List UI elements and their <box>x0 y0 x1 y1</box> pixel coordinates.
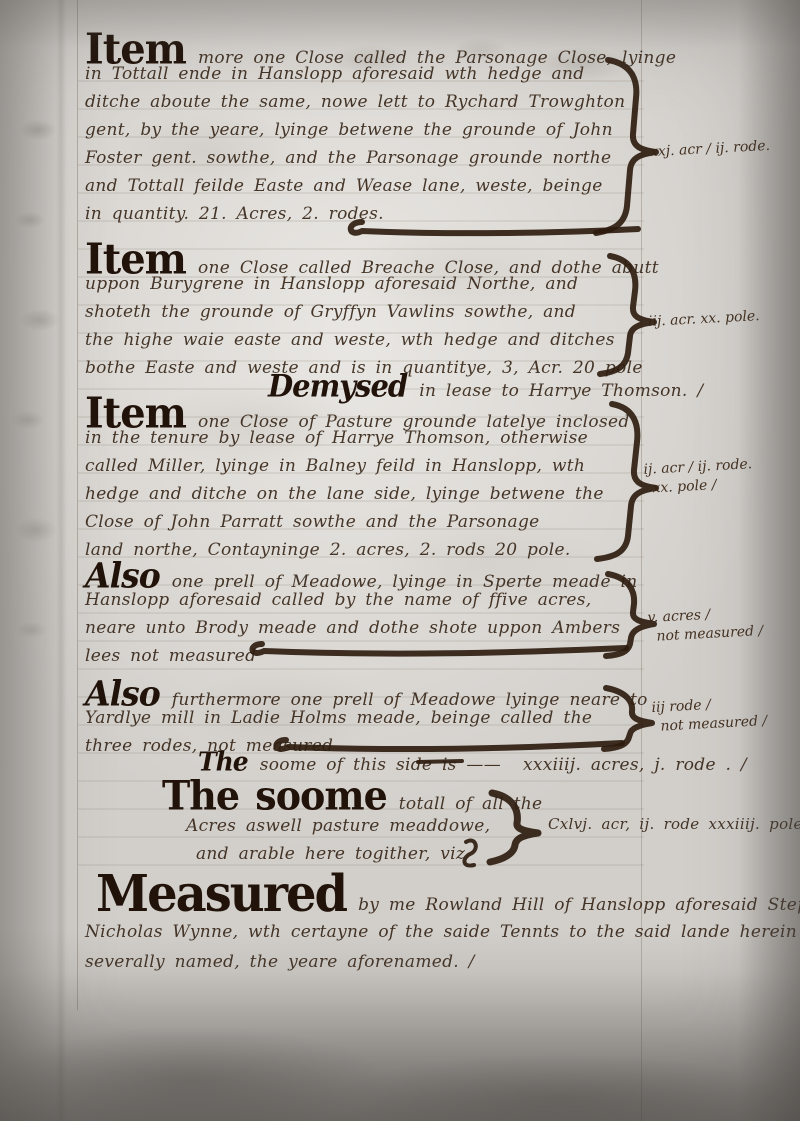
total-sum-line-2: Acres aswell pasture meaddowe, <box>186 816 490 844</box>
entry-text: one prell of Meadowe, lyinge in Sperte m… <box>172 572 638 592</box>
text-line: hedge and ditche on the lane side, lying… <box>85 484 630 512</box>
text-line: lees not measured <box>85 646 638 674</box>
text-line: Close of John Parratt sowthe and the Par… <box>85 512 630 540</box>
lease-note-text: in lease to Harrye Thomson. / <box>419 381 703 401</box>
lease-note: Demysedin lease to Harrye Thomson. / <box>268 372 703 400</box>
attestation-line-1: Measuredby me Rowland Hill of Hanslopp a… <box>96 880 800 908</box>
left-margin-rule <box>77 0 78 1010</box>
text-line: gent, by the yeare, lyinge betwene the g… <box>85 120 676 148</box>
entry-pasture-close: Itemone Close of Pasture grounde latelye… <box>85 400 630 568</box>
attestation-line-2: Nicholas Wynne, wth certayne of the said… <box>85 922 797 950</box>
side-sum-value: xxxiiij. acres, j. rode . / <box>523 755 747 775</box>
text-line: Itemmore one Close called the Parsonage … <box>85 36 676 64</box>
text-line: Itemone Close called Breache Close, and … <box>85 246 659 274</box>
total-sum-heading: The soometotall of all the <box>162 782 542 810</box>
text-line: neare unto Brody meade and dothe shote u… <box>85 618 638 646</box>
text-line: and Tottall feilde Easte and Wease lane,… <box>85 176 676 204</box>
attestation-opening: Measured <box>96 879 346 908</box>
entry-sperte-meade: Alsoone prell of Meadowe, lyinge in Sper… <box>85 562 638 674</box>
manuscript-page: Itemmore one Close called the Parsonage … <box>0 0 800 1121</box>
page-crease <box>56 0 66 1121</box>
left-margin-smudges <box>0 70 84 690</box>
margin-measurement-4: v. acres / not measured / <box>647 603 764 647</box>
text-line: the highe waie easte and weste, wth hedg… <box>85 330 659 358</box>
entry-parsonage-close: Itemmore one Close called the Parsonage … <box>85 36 676 232</box>
lease-note-opening: Demysed <box>268 371 407 400</box>
entry-opening-word: Also <box>85 679 160 708</box>
text-line: Itemone Close of Pasture grounde latelye… <box>85 400 630 428</box>
margin-measurement-2: iij. acr. xx. pole. <box>648 307 761 332</box>
total-sum-value: Cxlvj. acr, ij. rode xxxiiij. pole / <box>548 815 800 843</box>
text-line: Alsoone prell of Meadowe, lyinge in Sper… <box>85 562 638 590</box>
text-line: called Miller, lyinge in Balney feild in… <box>85 456 630 484</box>
text-line: Yardlye mill in Ladie Holms meade, being… <box>85 708 648 736</box>
text-line: Hanslopp aforesaid called by the name of… <box>85 590 638 618</box>
text-line: ditche aboute the same, nowe lett to Ryc… <box>85 92 676 120</box>
entry-opening-word: Item <box>85 35 186 64</box>
text-line: Foster gent. sowthe, and the Parsonage g… <box>85 148 676 176</box>
entry-opening-word: Item <box>85 399 186 428</box>
text-line: in quantity. 21. Acres, 2. rodes. <box>85 204 676 232</box>
total-sum-text-1: totall of all the <box>399 794 543 814</box>
total-sum-opening: The soome <box>162 781 387 810</box>
text-line: Alsofurthermore one prell of Meadowe lyi… <box>85 680 648 708</box>
margin-measurement-3: ij. acr / ij. rode. xx. pole / <box>643 455 754 499</box>
entry-opening-word: Item <box>85 245 186 274</box>
entry-text: furthermore one prell of Meadowe lyinge … <box>172 690 648 710</box>
text-line: shoteth the grounde of Gryffyn Vawlins s… <box>85 302 659 330</box>
attestation-text: by me Rowland Hill of Hanslopp aforesaid… <box>358 895 800 915</box>
entry-opening-word: Also <box>85 561 160 590</box>
flourish-viz <box>464 841 475 866</box>
entry-breache-close: Itemone Close called Breache Close, and … <box>85 246 659 386</box>
attestation-line-3: severally named, the yeare aforenamed. / <box>85 952 475 980</box>
margin-measurement-5: iij rode / not measured / <box>651 693 768 737</box>
